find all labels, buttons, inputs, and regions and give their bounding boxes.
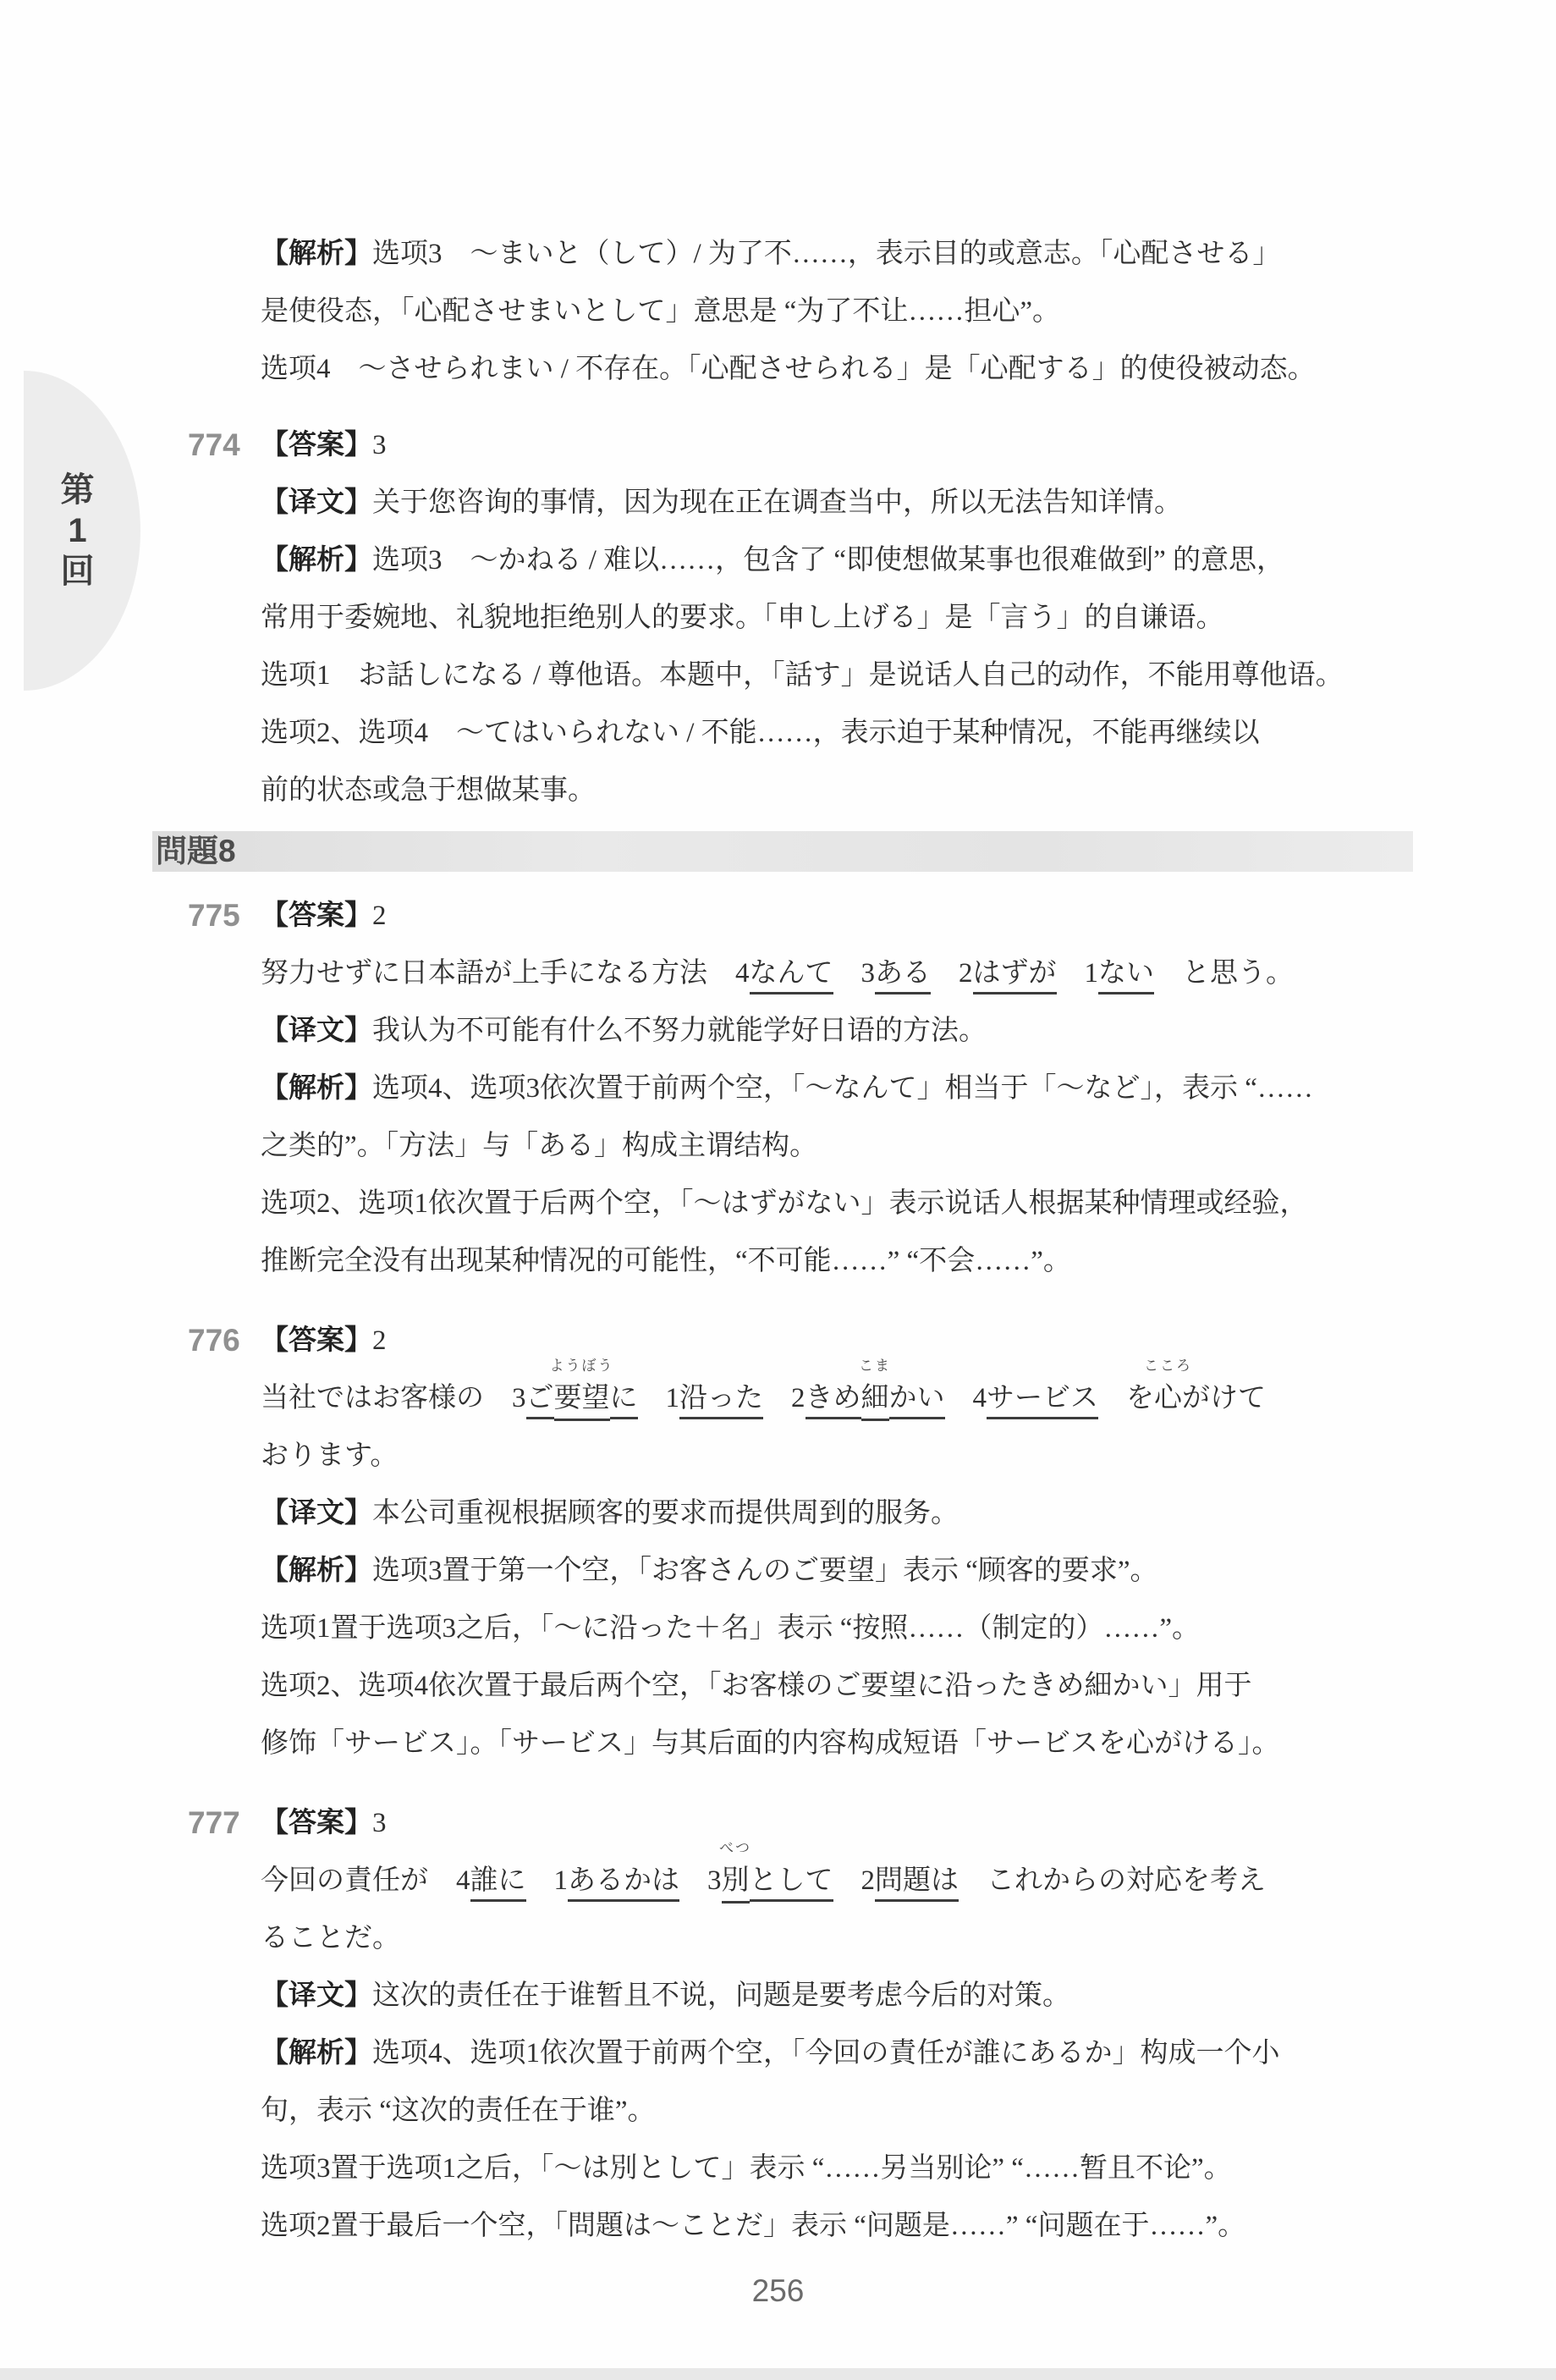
text-line: 【解析】选项4、选项3依次置于前两个空，「～なんて」相当于「～など」，表示 “…… <box>261 1060 1413 1117</box>
furigana: こころ <box>1144 1358 1192 1373</box>
text-segment: 3 <box>372 430 387 460</box>
text-line: 选项1 お話しになる / 尊他语。本题中，「話す」是说话人自己的动作，不能用尊他… <box>261 647 1413 704</box>
text-segment: として <box>750 1865 833 1902</box>
text-line: 【答案】3 <box>261 416 1413 474</box>
text-segment: 2 <box>763 1383 805 1413</box>
tab-char-3: 回 <box>60 553 94 590</box>
text-line: ることだ。 <box>261 1909 1413 1967</box>
page-content: 【解析】选项3 ～まいと（して）/ 为了不……，表示目的或意志。「心配させる」是… <box>261 225 1413 2255</box>
text-segment: 2 <box>372 901 387 931</box>
text-segment: 1 <box>638 1383 680 1413</box>
text-segment: 【解析】 <box>261 1073 372 1104</box>
furigana: こま <box>859 1358 891 1373</box>
text-line: 推断完全没有出现某种情况的可能性，“不可能……” “不会……”。 <box>261 1232 1413 1290</box>
text-line: 【答案】3 <box>261 1794 1413 1852</box>
text-line: 选项1置于选项3之后，「～に沿った＋名」表示 “按照……（制定的）……”。 <box>261 1600 1413 1657</box>
text-segment: 【答案】 <box>261 901 372 931</box>
text-segment: 2 <box>833 1865 876 1896</box>
text-line: 【答案】2 <box>261 1312 1413 1369</box>
text-line: 选项4 ～させられまい / 不存在。「心配させられる」是「心配する」的使役被动态… <box>261 340 1413 398</box>
text-line: 前的状态或急于想做某事。 <box>261 762 1413 819</box>
text-segment: 【答案】 <box>261 1325 372 1356</box>
text-segment: に <box>610 1383 638 1419</box>
text-segment: 沿った <box>679 1383 763 1419</box>
item-775-content: 【答案】2努力せずに日本語が上手になる方法 4なんて 3ある 2はずが 1ない … <box>261 887 1413 1290</box>
text-segment: 【译文】 <box>261 488 372 518</box>
text-segment: ない <box>1098 958 1154 994</box>
text-line: 常用于委婉地、礼貌地拒绝别人的要求。「申し上げる」是「言う」的自谦语。 <box>261 589 1413 647</box>
text-segment: 是使役态，「心配させまいとして」意思是 “为了不让……担心”。 <box>261 296 1060 327</box>
text-line: 句，表示 “这次的责任在于谁”。 <box>261 2082 1413 2140</box>
text-segment: 选项2、选项1依次置于后两个空，「～はずがない」表示说话人根据某种情理或经验， <box>261 1188 1308 1219</box>
ruby-text: 心こころ <box>1154 1375 1182 1415</box>
text-segment: 这次的责任在于谁暂且不说，问题是要考虑今后的对策。 <box>372 1981 1070 2011</box>
item-775: 775 【答案】2努力せずに日本語が上手になる方法 4なんて 3ある 2はずが … <box>261 887 1413 1290</box>
item-777: 777 【答案】3今回の責任が 4誰に 1あるかは 3別べつとして 2問題は こ… <box>261 1794 1413 2255</box>
text-segment: 2 <box>372 1325 387 1356</box>
text-segment: 当社ではお客様の 3 <box>261 1383 526 1413</box>
text-segment: 选项2置于最后一个空，「問題は～ことだ」表示 “问题是……” “问题在于……”。 <box>261 2211 1245 2241</box>
text-segment: サービス <box>987 1383 1098 1419</box>
text-segment: 选项1置于选项3之后，「～に沿った＋名」表示 “按照……（制定的）……”。 <box>261 1613 1200 1644</box>
text-line: 今回の責任が 4誰に 1あるかは 3別べつとして 2問題は これからの対応を考え <box>261 1852 1413 1909</box>
chapter-tab-label: 第 1 回 <box>60 471 94 590</box>
text-segment: 修饰「サービス」。「サービス」与其后面的内容构成短语「サービスを心がける」。 <box>261 1728 1280 1759</box>
book-page: 第 1 回 【解析】选项3 ～まいと（して）/ 为了不……，表示目的或意志。「心… <box>0 0 1556 2380</box>
text-segment: 前的状态或急于想做某事。 <box>261 775 596 806</box>
item-774-content: 【答案】3【译文】关于您咨询的事情，因为现在正在调查当中，所以无法告知详情。【解… <box>261 416 1413 819</box>
text-segment: がけて <box>1182 1383 1266 1413</box>
text-segment: 我认为不可能有什么不努力就能学好日语的方法。 <box>372 1016 987 1046</box>
tab-char-2: 1 <box>68 512 86 549</box>
text-line: 【解析】选项4、选项1依次置于前两个空，「今回の責任が誰にあるか」构成一个小 <box>261 2025 1413 2082</box>
text-segment: きめ <box>805 1383 861 1419</box>
text-line: 之类的”。「方法」与「ある」构成主谓结构。 <box>261 1117 1413 1175</box>
text-segment: かい <box>889 1383 945 1419</box>
text-segment: はずが <box>973 958 1057 994</box>
text-segment: 問題は <box>875 1865 959 1902</box>
text-line: 【解析】选项3置于第一个空，「お客さんのご要望」表示 “顾客的要求”。 <box>261 1542 1413 1600</box>
text-line: 选项2、选项4依次置于最后两个空，「お客様のご要望に沿ったきめ細かい」用于 <box>261 1657 1413 1715</box>
text-segment: 选项3置于第一个空，「お客さんのご要望」表示 “顾客的要求”。 <box>372 1556 1158 1586</box>
section-header-label: 問題8 <box>156 834 236 868</box>
text-line: 【译文】本公司重视根据顾客的要求而提供周到的服务。 <box>261 1485 1413 1542</box>
ruby-text: 細こま <box>861 1375 889 1421</box>
text-line: 【答案】2 <box>261 887 1413 945</box>
item-776-content: 【答案】2当社ではお客様の 3ご要望ようぼうに 1沿った 2きめ細こまかい 4サ… <box>261 1312 1413 1772</box>
item-number-776: 776 <box>188 1312 240 1369</box>
chapter-tab: 第 1 回 <box>24 371 140 691</box>
text-segment: 选项2、选项4依次置于最后两个空，「お客様のご要望に沿ったきめ細かい」用于 <box>261 1671 1252 1701</box>
item-number-775: 775 <box>188 887 240 945</box>
tab-char-1: 第 <box>60 471 94 509</box>
text-segment: 【解析】 <box>261 2038 372 2069</box>
text-segment: 选项2、选项4 ～てはいられない / 不能……，表示迫于某种情况，不能再继续以 <box>261 718 1260 748</box>
text-segment: 常用于委婉地、礼貌地拒绝别人的要求。「申し上げる」是「言う」的自谦语。 <box>261 603 1224 633</box>
text-segment: 【答案】 <box>261 430 372 460</box>
text-segment: を <box>1098 1383 1154 1413</box>
text-segment: 4 <box>945 1383 987 1413</box>
text-segment: と思う。 <box>1154 958 1294 989</box>
text-line: 当社ではお客様の 3ご要望ようぼうに 1沿った 2きめ細こまかい 4サービス を… <box>261 1369 1413 1427</box>
item-776: 776 【答案】2当社ではお客様の 3ご要望ようぼうに 1沿った 2きめ細こまか… <box>261 1312 1413 1772</box>
text-segment: 【译文】 <box>261 1016 372 1046</box>
text-segment: 2 <box>931 958 973 989</box>
text-line: 选项2、选项1依次置于后两个空，「～はずがない」表示说话人根据某种情理或经验， <box>261 1175 1413 1232</box>
text-segment: 3 <box>372 1808 387 1838</box>
ruby-base: 心 <box>1154 1383 1182 1413</box>
item-774: 774 【答案】3【译文】关于您咨询的事情，因为现在正在调查当中，所以无法告知详… <box>261 416 1413 819</box>
text-line: おります。 <box>261 1427 1413 1485</box>
text-segment: 【解析】 <box>261 545 372 576</box>
text-segment: 【答案】 <box>261 1808 372 1838</box>
text-line: 修饰「サービス」。「サービス」与其后面的内容构成短语「サービスを心がける」。 <box>261 1715 1413 1772</box>
text-segment: 选项1 お話しになる / 尊他语。本题中，「話す」是说话人自己的动作，不能用尊他… <box>261 660 1344 691</box>
text-segment: 关于您咨询的事情，因为现在正在调查当中，所以无法告知详情。 <box>372 488 1182 518</box>
text-segment: ることだ。 <box>261 1923 400 1953</box>
text-segment: 1 <box>526 1865 569 1896</box>
text-segment: 选项4 ～させられまい / 不存在。「心配させられる」是「心配する」的使役被动态… <box>261 354 1316 384</box>
text-segment: 选项4、选项1依次置于前两个空，「今回の責任が誰にあるか」构成一个小 <box>372 2038 1280 2069</box>
text-segment: 3 <box>679 1865 722 1896</box>
text-segment: 【译文】 <box>261 1498 372 1529</box>
ruby-base: 別 <box>722 1865 750 1896</box>
text-segment: 【译文】 <box>261 1981 372 2011</box>
text-line: 是使役态，「心配させまいとして」意思是 “为了不让……担心”。 <box>261 283 1413 340</box>
text-segment: ご <box>526 1383 554 1419</box>
text-segment: 本公司重视根据顾客的要求而提供周到的服务。 <box>372 1498 959 1529</box>
text-segment: 今回の責任が 4 <box>261 1865 470 1896</box>
page-number: 256 <box>0 2273 1556 2309</box>
text-segment: 推断完全没有出现某种情况的可能性，“不可能……” “不会……”。 <box>261 1246 1071 1276</box>
text-segment: 选项3 ～まいと（して）/ 为了不……，表示目的或意志。「心配させる」 <box>372 239 1280 269</box>
furigana: べつ <box>719 1841 751 1855</box>
ruby-text: 要望ようぼう <box>554 1375 610 1421</box>
text-line: 选项2置于最后一个空，「問題は～ことだ」表示 “问题是……” “问题在于……”。 <box>261 2197 1413 2255</box>
explanation-continued: 【解析】选项3 ～まいと（して）/ 为了不……，表示目的或意志。「心配させる」是… <box>261 225 1413 398</box>
ruby-base: 細 <box>861 1383 889 1413</box>
item-777-content: 【答案】3今回の責任が 4誰に 1あるかは 3別べつとして 2問題は これからの… <box>261 1794 1413 2255</box>
text-segment: おります。 <box>261 1441 398 1471</box>
text-line: 选项3置于选项1之后，「～は別として」表示 “……另当别论” “……暂且不论”。 <box>261 2140 1413 2197</box>
ruby-text: 別べつ <box>722 1858 750 1903</box>
page-bottom-strip <box>0 2368 1556 2380</box>
text-segment: 选项3置于选项1之后，「～は別として」表示 “……另当别论” “……暂且不论”。 <box>261 2153 1232 2184</box>
text-segment: 之类的”。「方法」与「ある」构成主谓结构。 <box>261 1131 817 1161</box>
text-line: 【译文】关于您咨询的事情，因为现在正在调查当中，所以无法告知详情。 <box>261 474 1413 532</box>
text-segment: 誰に <box>470 1865 526 1902</box>
furigana: ようぼう <box>550 1358 614 1373</box>
text-segment: 3 <box>833 958 876 989</box>
text-line: 【译文】这次的责任在于谁暂且不说，问题是要考虑今后的对策。 <box>261 1967 1413 2025</box>
ruby-base: 要望 <box>554 1383 610 1413</box>
text-segment: ある <box>875 958 931 994</box>
text-segment: あるかは <box>568 1865 679 1902</box>
text-segment: これからの対応を考え <box>959 1865 1266 1896</box>
text-segment: なんて <box>750 958 833 994</box>
text-segment: 句，表示 “这次的责任在于谁”。 <box>261 2096 656 2126</box>
text-segment: 选项3 ～かねる / 难以……，包含了 “即使想做某事也很难做到” 的意思， <box>372 545 1284 576</box>
section-header: 問題8 <box>152 831 1413 872</box>
text-segment: 选项4、选项3依次置于前两个空，「～なんて」相当于「～など」，表示 “…… <box>372 1073 1313 1104</box>
item-number-777: 777 <box>188 1794 240 1852</box>
text-line: 选项2、选项4 ～てはいられない / 不能……，表示迫于某种情况，不能再继续以 <box>261 704 1413 762</box>
text-line: 努力せずに日本語が上手になる方法 4なんて 3ある 2はずが 1ない と思う。 <box>261 945 1413 1002</box>
text-segment: 【解析】 <box>261 1556 372 1586</box>
item-number-774: 774 <box>188 416 240 474</box>
text-line: 【译文】我认为不可能有什么不努力就能学好日语的方法。 <box>261 1002 1413 1060</box>
text-segment: 努力せずに日本語が上手になる方法 4 <box>261 958 750 989</box>
text-line: 【解析】选项3 ～まいと（して）/ 为了不……，表示目的或意志。「心配させる」 <box>261 225 1413 283</box>
text-segment: 【解析】 <box>261 239 372 269</box>
text-segment: 1 <box>1057 958 1099 989</box>
text-line: 【解析】选项3 ～かねる / 难以……，包含了 “即使想做某事也很难做到” 的意… <box>261 532 1413 589</box>
